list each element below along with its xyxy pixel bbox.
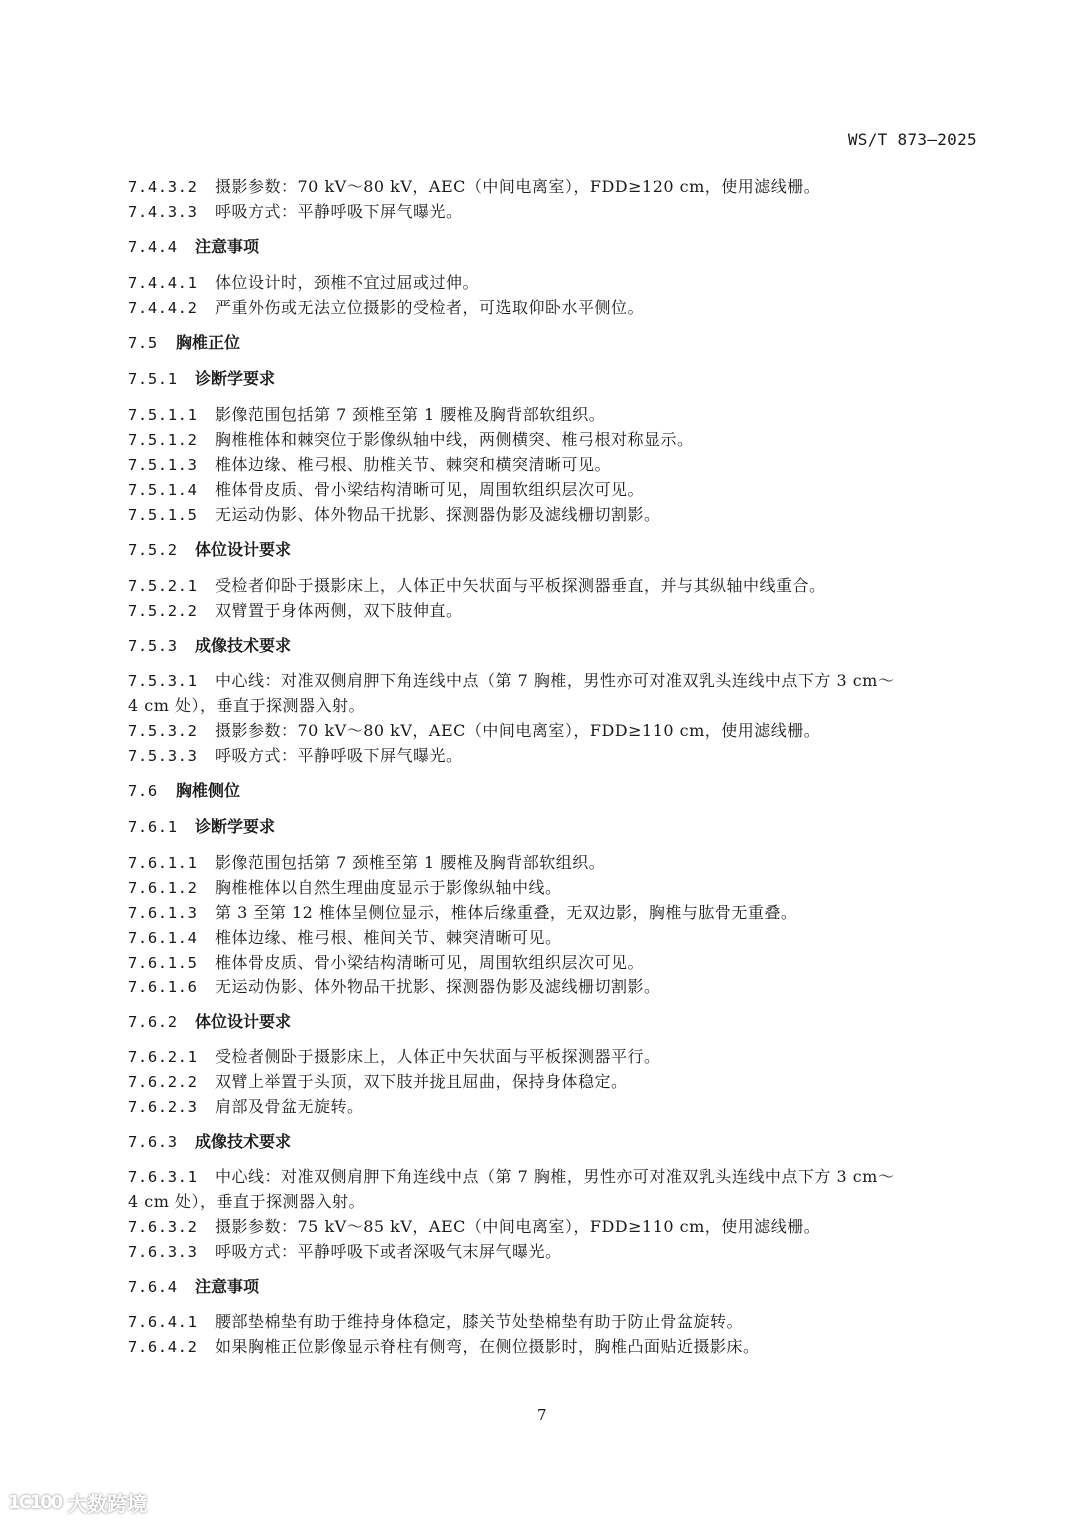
- section-heading: 7.6.1诊断学要求: [128, 816, 275, 838]
- clause-item: 7.4.4.1体位设计时，颈椎不宜过屈或过伸。: [128, 272, 479, 294]
- clause-text: 胸椎椎体以自然生理曲度显示于影像纵轴中线。: [215, 878, 562, 897]
- clause-item: 7.6.4.1腰部垫棉垫有助于维持身体稳定，膝关节处垫棉垫有助于防止骨盆旋转。: [128, 1311, 743, 1333]
- section-heading: 7.6胸椎侧位: [128, 780, 240, 802]
- section-heading: 7.6.3成像技术要求: [128, 1131, 291, 1153]
- heading-text: 成像技术要求: [195, 636, 291, 655]
- section-heading: 7.5.3成像技术要求: [128, 635, 291, 657]
- clause-number: 7.6.1.3: [128, 902, 215, 924]
- clause-number: 7.5.3.1: [128, 670, 215, 692]
- watermark: 1C100 大数跨境: [8, 1488, 147, 1517]
- clause-text: 中心线：对准双侧肩胛下角连线中点（第 7 胸椎，男性亦可对准双乳头连线中点下方 …: [215, 1167, 894, 1186]
- clause-item: 7.6.3.3呼吸方式：平静呼吸下或者深吸气末屏气曝光。: [128, 1241, 562, 1263]
- clause-item: 7.5.3.1中心线：对准双侧肩胛下角连线中点（第 7 胸椎，男性亦可对准双乳头…: [128, 670, 894, 692]
- clause-item: 7.5.1.4椎体骨皮质、骨小梁结构清晰可见，周围软组织层次可见。: [128, 479, 644, 501]
- clause-text: 无运动伪影、体外物品干扰影、探测器伪影及滤线栅切割影。: [215, 977, 661, 996]
- clause-number: 7.5.1.3: [128, 454, 215, 476]
- clause-item: 7.6.2.2双臂上举置于头顶，双下肢并拢且屈曲，保持身体稳定。: [128, 1071, 628, 1093]
- clause-text: 严重外伤或无法立位摄影的受检者，可选取仰卧水平侧位。: [215, 298, 644, 317]
- clause-number: 7.4.3.2: [128, 176, 215, 198]
- clause-text: 受检者侧卧于摄影床上，人体正中矢状面与平板探测器平行。: [215, 1047, 661, 1066]
- clause-text: 摄影参数：75 kV～85 kV，AEC（中间电离室），FDD≥110 cm，使…: [215, 1217, 820, 1236]
- clause-number: 7.6.4.2: [128, 1336, 215, 1358]
- clause-text: 胸椎椎体和棘突位于影像纵轴中线，两侧横突、椎弓根对称显示。: [215, 430, 694, 449]
- clause-item: 7.6.1.2胸椎椎体以自然生理曲度显示于影像纵轴中线。: [128, 877, 562, 899]
- section-heading: 7.5.2体位设计要求: [128, 539, 291, 561]
- section-heading: 7.6.2体位设计要求: [128, 1011, 291, 1033]
- clause-number: 7.4.4: [128, 236, 195, 258]
- clause-item: 7.5.2.1受检者仰卧于摄影床上，人体正中矢状面与平板探测器垂直，并与其纵轴中…: [128, 575, 826, 597]
- clause-number: 7.4.4.2: [128, 297, 215, 319]
- heading-text: 体位设计要求: [195, 1012, 291, 1031]
- clause-text: 呼吸方式：平静呼吸下屏气曝光。: [215, 746, 463, 765]
- clause-number: 7.6.1.6: [128, 976, 215, 998]
- clause-number: 7.5.1.1: [128, 404, 215, 426]
- clause-text-continuation: 4 cm 处），垂直于探测器入射。: [128, 695, 365, 717]
- clause-text: 呼吸方式：平静呼吸下屏气曝光。: [215, 202, 463, 221]
- clause-text: 影像范围包括第 7 颈椎至第 1 腰椎及胸背部软组织。: [215, 405, 605, 424]
- clause-item: 7.6.1.3第 3 至第 12 椎体呈侧位显示，椎体后缘重叠，无双边影，胸椎与…: [128, 902, 797, 924]
- clause-text: 椎体骨皮质、骨小梁结构清晰可见，周围软组织层次可见。: [215, 953, 644, 972]
- clause-item: 7.6.4.2如果胸椎正位影像显示脊柱有侧弯，在侧位摄影时，胸椎凸面贴近摄影床。: [128, 1336, 760, 1358]
- clause-item: 7.5.1.2胸椎椎体和棘突位于影像纵轴中线，两侧横突、椎弓根对称显示。: [128, 429, 694, 451]
- clause-item: 7.6.1.4椎体边缘、椎弓根、椎间关节、棘突清晰可见。: [128, 927, 562, 949]
- heading-text: 胸椎正位: [176, 333, 240, 352]
- clause-number: 7.6.1.1: [128, 852, 215, 874]
- clause-number: 7.6.1.5: [128, 952, 215, 974]
- clause-item: 7.5.3.2摄影参数：70 kV～80 kV，AEC（中间电离室），FDD≥1…: [128, 720, 820, 742]
- heading-text: 诊断学要求: [195, 817, 275, 836]
- clause-text: 受检者仰卧于摄影床上，人体正中矢状面与平板探测器垂直，并与其纵轴中线重合。: [215, 576, 826, 595]
- clause-number: 7.5.3.2: [128, 720, 215, 742]
- section-heading: 7.5.1诊断学要求: [128, 368, 275, 390]
- clause-number: 7.5.2: [128, 539, 195, 561]
- clause-number: 7.4.4.1: [128, 272, 215, 294]
- clause-text: 第 3 至第 12 椎体呈侧位显示，椎体后缘重叠，无双边影，胸椎与肱骨无重叠。: [215, 903, 797, 922]
- clause-number: 7.5.2.2: [128, 600, 215, 622]
- clause-item: 7.6.2.3肩部及骨盆无旋转。: [128, 1096, 364, 1118]
- heading-text: 注意事项: [195, 237, 259, 256]
- clause-item: 7.6.3.1中心线：对准双侧肩胛下角连线中点（第 7 胸椎，男性亦可对准双乳头…: [128, 1166, 894, 1188]
- clause-item: 7.4.4.2严重外伤或无法立位摄影的受检者，可选取仰卧水平侧位。: [128, 297, 644, 319]
- clause-item: 7.6.1.1影像范围包括第 7 颈椎至第 1 腰椎及胸背部软组织。: [128, 852, 605, 874]
- page-number: 7: [537, 1406, 547, 1424]
- clause-number: 7.6.3.2: [128, 1216, 215, 1238]
- clause-text: 呼吸方式：平静呼吸下或者深吸气末屏气曝光。: [215, 1242, 562, 1261]
- clause-text: 肩部及骨盆无旋转。: [215, 1097, 364, 1116]
- clause-item: 7.4.3.3呼吸方式：平静呼吸下屏气曝光。: [128, 201, 463, 223]
- heading-text: 注意事项: [195, 1277, 259, 1296]
- heading-text: 胸椎侧位: [176, 781, 240, 800]
- clause-text: 双臂上举置于头顶，双下肢并拢且屈曲，保持身体稳定。: [215, 1072, 628, 1091]
- clause-text: 椎体骨皮质、骨小梁结构清晰可见，周围软组织层次可见。: [215, 480, 644, 499]
- heading-text: 诊断学要求: [195, 369, 275, 388]
- clause-text: 双臂置于身体两侧，双下肢伸直。: [215, 601, 463, 620]
- clause-number: 7.5.1: [128, 368, 195, 390]
- clause-number: 7.5.1.4: [128, 479, 215, 501]
- clause-number: 7.5.1.2: [128, 429, 215, 451]
- clause-item: 7.6.1.5椎体骨皮质、骨小梁结构清晰可见，周围软组织层次可见。: [128, 952, 644, 974]
- clause-number: 7.6.2: [128, 1011, 195, 1033]
- clause-number: 7.5.3.3: [128, 745, 215, 767]
- clause-number: 7.5.2.1: [128, 575, 215, 597]
- clause-text: 椎体边缘、椎弓根、椎间关节、棘突清晰可见。: [215, 928, 562, 947]
- clause-number: 7.5.1.5: [128, 504, 215, 526]
- heading-text: 体位设计要求: [195, 540, 291, 559]
- clause-item: 7.5.1.5无运动伪影、体外物品干扰影、探测器伪影及滤线栅切割影。: [128, 504, 661, 526]
- clause-text-continuation: 4 cm 处），垂直于探测器入射。: [128, 1191, 365, 1213]
- clause-item: 7.4.3.2摄影参数：70 kV～80 kV，AEC（中间电离室），FDD≥1…: [128, 176, 820, 198]
- heading-text: 成像技术要求: [195, 1132, 291, 1151]
- watermark-logo-icon: 1C100: [8, 1492, 61, 1513]
- clause-number: 7.6.2.2: [128, 1071, 215, 1093]
- clause-text: 无运动伪影、体外物品干扰影、探测器伪影及滤线栅切割影。: [215, 505, 661, 524]
- clause-text: 中心线：对准双侧肩胛下角连线中点（第 7 胸椎，男性亦可对准双乳头连线中点下方 …: [215, 671, 894, 690]
- clause-number: 7.6.4: [128, 1276, 195, 1298]
- clause-number: 7.6.3: [128, 1131, 195, 1153]
- clause-text: 椎体边缘、椎弓根、肋椎关节、棘突和横突清晰可见。: [215, 455, 611, 474]
- standard-code: WS/T 873—2025: [848, 130, 977, 149]
- clause-number: 7.6.3.1: [128, 1166, 215, 1188]
- clause-text: 如果胸椎正位影像显示脊柱有侧弯，在侧位摄影时，胸椎凸面贴近摄影床。: [215, 1337, 760, 1356]
- watermark-text: 大数跨境: [67, 1488, 147, 1517]
- clause-number: 7.5.3: [128, 635, 195, 657]
- clause-number: 7.6.1.4: [128, 927, 215, 949]
- clause-text: 摄影参数：70 kV～80 kV，AEC（中间电离室），FDD≥110 cm，使…: [215, 721, 820, 740]
- clause-text: 腰部垫棉垫有助于维持身体稳定，膝关节处垫棉垫有助于防止骨盆旋转。: [215, 1312, 743, 1331]
- clause-number: 7.6.3.3: [128, 1241, 215, 1263]
- clause-number: 7.6.2.1: [128, 1046, 215, 1068]
- clause-number: 7.6.4.1: [128, 1311, 215, 1333]
- clause-item: 7.6.3.2摄影参数：75 kV～85 kV，AEC（中间电离室），FDD≥1…: [128, 1216, 820, 1238]
- clause-number: 7.6: [128, 780, 176, 802]
- clause-number: 7.5: [128, 332, 176, 354]
- clause-text: 摄影参数：70 kV～80 kV，AEC（中间电离室），FDD≥120 cm，使…: [215, 177, 820, 196]
- clause-item: 7.5.2.2双臂置于身体两侧，双下肢伸直。: [128, 600, 463, 622]
- clause-number: 7.4.3.3: [128, 201, 215, 223]
- clause-text: 影像范围包括第 7 颈椎至第 1 腰椎及胸背部软组织。: [215, 853, 605, 872]
- section-heading: 7.5胸椎正位: [128, 332, 240, 354]
- clause-item: 7.5.3.3呼吸方式：平静呼吸下屏气曝光。: [128, 745, 463, 767]
- clause-number: 7.6.1.2: [128, 877, 215, 899]
- clause-number: 7.6.1: [128, 816, 195, 838]
- section-heading: 7.6.4注意事项: [128, 1276, 259, 1298]
- clause-item: 7.6.1.6无运动伪影、体外物品干扰影、探测器伪影及滤线栅切割影。: [128, 976, 661, 998]
- clause-number: 7.6.2.3: [128, 1096, 215, 1118]
- clause-item: 7.5.1.3椎体边缘、椎弓根、肋椎关节、棘突和横突清晰可见。: [128, 454, 611, 476]
- section-heading: 7.4.4注意事项: [128, 236, 259, 258]
- clause-text: 体位设计时，颈椎不宜过屈或过伸。: [215, 273, 479, 292]
- clause-item: 7.5.1.1影像范围包括第 7 颈椎至第 1 腰椎及胸背部软组织。: [128, 404, 605, 426]
- clause-item: 7.6.2.1受检者侧卧于摄影床上，人体正中矢状面与平板探测器平行。: [128, 1046, 661, 1068]
